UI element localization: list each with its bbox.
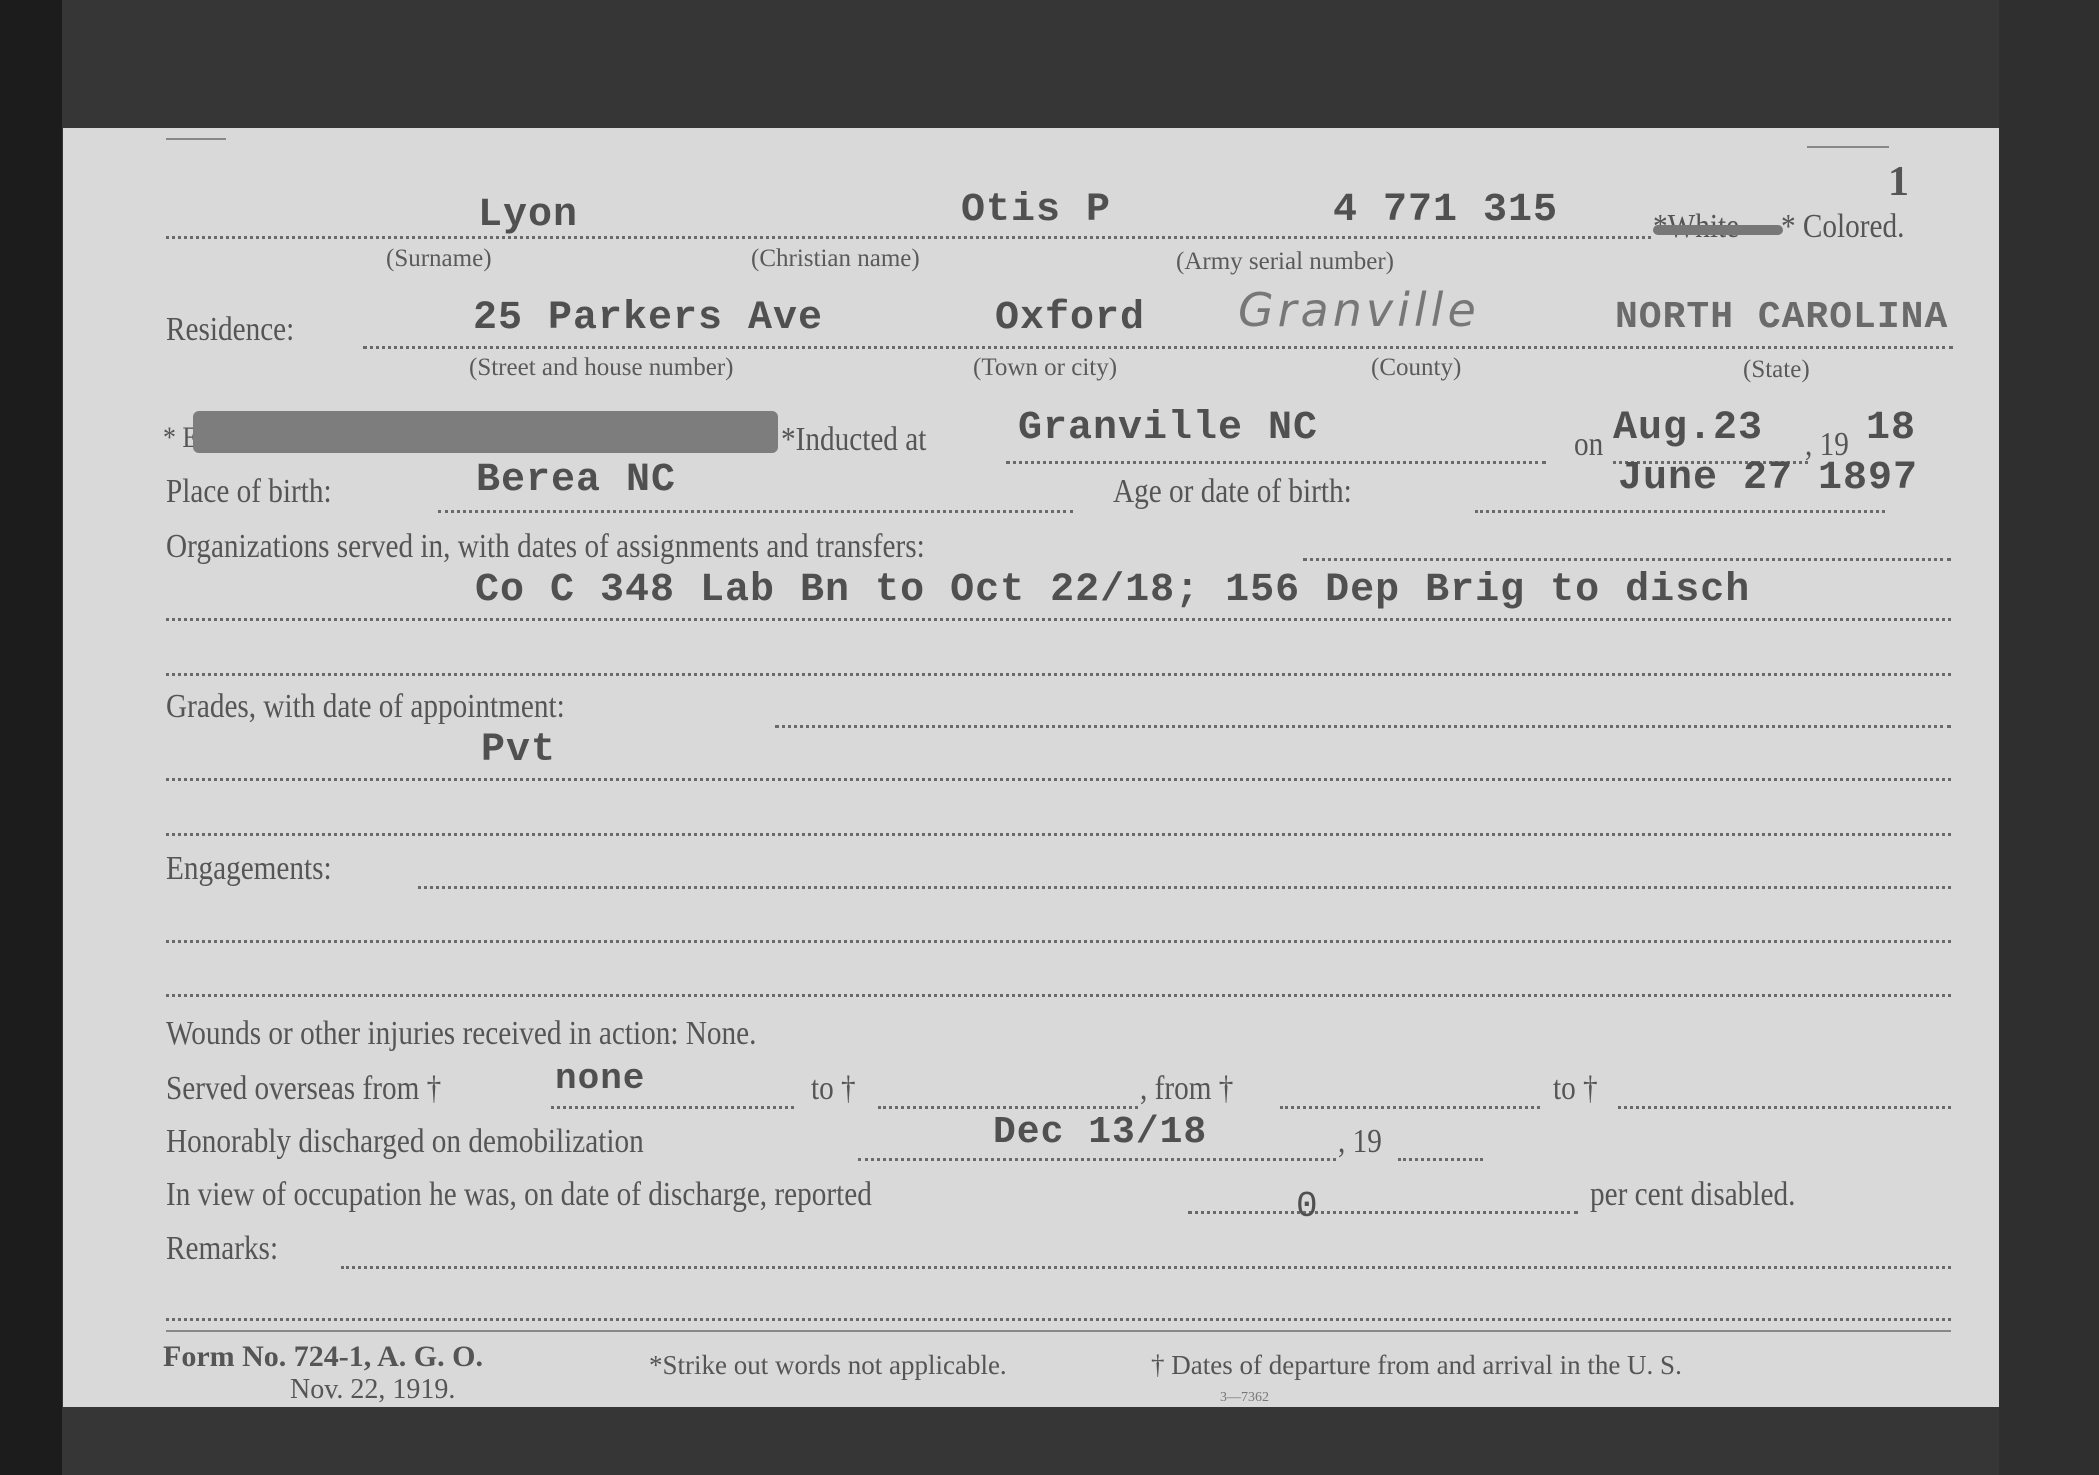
organizations-line-1 xyxy=(1303,558,1951,561)
overseas-from2-label: , from † xyxy=(1140,1070,1233,1108)
grades-label: Grades, with date of appointment: xyxy=(166,688,565,726)
christian-name-value: Otis P xyxy=(961,188,1111,233)
disability-suffix: per cent disabled. xyxy=(1590,1176,1795,1214)
county-caption: (County) xyxy=(1371,354,1461,382)
organizations-line-3 xyxy=(166,673,1951,676)
organizations-label: Organizations served in, with dates of a… xyxy=(166,528,925,566)
form-date: Nov. 22, 1919. xyxy=(290,1374,455,1406)
ink-redaction xyxy=(193,411,778,453)
date-of-birth-value: June 27 1897 xyxy=(1618,456,1918,501)
christian-name-caption: (Christian name) xyxy=(751,245,920,273)
overseas-from-line xyxy=(551,1106,794,1109)
dates-note: † Dates of departure from and arrival in… xyxy=(1151,1350,1682,1381)
street-caption: (Street and house number) xyxy=(469,354,734,382)
organizations-line-2 xyxy=(166,618,1951,621)
county-value-handwritten: Granville xyxy=(1238,283,1480,337)
surname-value: Lyon xyxy=(478,193,578,238)
service-record-card: 1 Lyon Otis P 4 771 315 *White * Colored… xyxy=(63,128,1999,1407)
overseas-from-label: Served overseas from † xyxy=(166,1070,441,1108)
overseas-from-value: none xyxy=(555,1058,645,1099)
remarks-line-2 xyxy=(166,1318,1951,1321)
overseas-to2-line xyxy=(1618,1106,1951,1109)
inducted-at-label: *Inducted at xyxy=(781,421,926,459)
birth-date-line xyxy=(1475,510,1885,513)
overseas-to-line xyxy=(878,1106,1138,1109)
street-value: 25 Parkers Ave xyxy=(473,296,823,341)
discharge-date-value: Dec 13/18 xyxy=(993,1111,1207,1154)
print-code: 3—7362 xyxy=(1220,1390,1269,1406)
induction-place-line xyxy=(1006,461,1546,464)
form-number: Form No. 724-1, A. G. O. xyxy=(163,1340,483,1374)
grades-line-2 xyxy=(166,778,1951,781)
engagements-line-3 xyxy=(166,994,1951,997)
serial-caption: (Army serial number) xyxy=(1176,248,1394,276)
disability-line xyxy=(1188,1211,1578,1214)
residence-line xyxy=(363,346,1953,349)
grade-value: Pvt xyxy=(481,728,556,773)
birth-place-line xyxy=(438,510,1073,513)
town-caption: (Town or city) xyxy=(973,354,1117,382)
engagements-label: Engagements: xyxy=(166,850,332,888)
footer-rule xyxy=(166,1330,1951,1332)
discharge-date-line xyxy=(858,1158,1336,1161)
overseas-to-label: to † xyxy=(811,1070,856,1108)
overseas-to2-label: to † xyxy=(1553,1070,1598,1108)
discharge-year-label: , 19 xyxy=(1338,1123,1382,1161)
name-line xyxy=(166,236,1651,239)
date-of-birth-label: Age or date of birth: xyxy=(1113,473,1352,511)
surname-caption: (Surname) xyxy=(386,245,492,273)
town-value: Oxford xyxy=(995,296,1145,341)
residence-label: Residence: xyxy=(166,311,294,349)
place-of-birth-value: Berea NC xyxy=(476,458,676,503)
grades-line-1 xyxy=(775,725,1951,728)
disability-label: In view of occupation he was, on date of… xyxy=(166,1176,872,1214)
state-caption: (State) xyxy=(1743,356,1810,384)
organizations-value: Co C 348 Lab Bn to Oct 22/18; 156 Dep Br… xyxy=(475,568,1750,613)
overseas-from2-line xyxy=(1280,1106,1540,1109)
strike-out-note: *Strike out words not applicable. xyxy=(649,1350,1007,1381)
engagements-line-2 xyxy=(166,940,1951,943)
induction-year-value: 18 xyxy=(1866,406,1916,451)
engagements-line-1 xyxy=(418,886,1951,889)
remarks-label: Remarks: xyxy=(166,1230,278,1268)
discharge-label: Honorably discharged on demobilization xyxy=(166,1123,644,1161)
wounds-label: Wounds or other injuries received in act… xyxy=(166,1015,756,1053)
on-label: on xyxy=(1574,426,1603,464)
remarks-line-1 xyxy=(341,1266,1951,1269)
induction-place-value: Granville NC xyxy=(1018,406,1318,451)
discharge-year-line xyxy=(1398,1158,1483,1161)
race-colored: * Colored. xyxy=(1781,208,1904,246)
induction-date-value: Aug.23 xyxy=(1613,406,1763,451)
place-of-birth-label: Place of birth: xyxy=(166,473,332,511)
corner-mark xyxy=(166,138,226,140)
corner-mark-right xyxy=(1807,146,1889,148)
strike-mark xyxy=(1653,225,1783,235)
state-value: NORTH CAROLINA xyxy=(1615,296,1948,339)
page-number: 1 xyxy=(1888,158,1909,206)
scan-left-border xyxy=(0,0,62,1475)
scan-right-border xyxy=(1999,0,2099,1475)
grades-line-3 xyxy=(166,833,1951,836)
disability-percent-value: 0 xyxy=(1296,1186,1319,1227)
serial-number-value: 4 771 315 xyxy=(1333,188,1558,233)
